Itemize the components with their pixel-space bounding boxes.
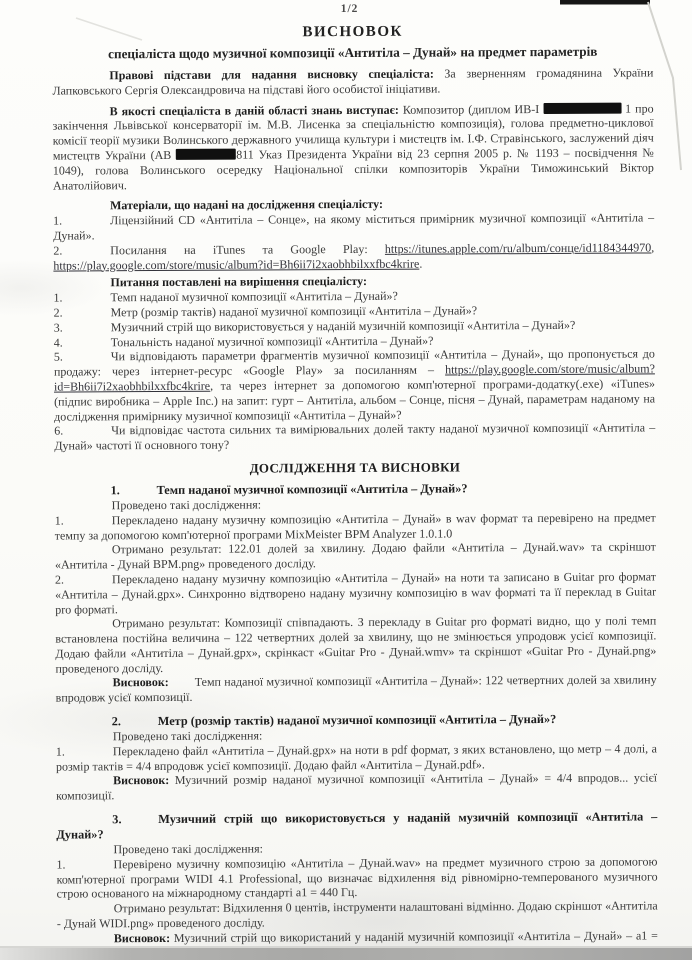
google-play-link: https://play.google.com/store/music/albu… (53, 256, 419, 272)
question-3-text: Музичний стрій що використовується у над… (111, 318, 576, 334)
question-1-text: Темп наданої музичної композиції «Антиті… (111, 289, 398, 305)
section-2-number: 2. (112, 714, 158, 729)
question-6-number: 6. (54, 424, 111, 439)
document-subtitle: спеціаліста щодо музичної композиції «Ан… (52, 43, 653, 62)
research-heading: ДОСЛІДЖЕННЯ ТА ВИСНОВКИ (54, 458, 655, 477)
section-2-step-1: 1.Перекладено файл «Антитіла – Дунай.gpx… (56, 741, 657, 774)
legal-basis-lead: Правові підстави для надання висновку сп… (109, 67, 434, 83)
materials-item-2-period: . (419, 256, 422, 270)
question-6-text: Чи відповідає частота сильних та вимірюв… (54, 421, 655, 453)
section-1-step-2-number: 2. (55, 572, 112, 587)
section-3-step-1: 1.Перевірено музичну композицію «Антитіл… (56, 854, 657, 902)
redaction-box-certificate-number (176, 149, 236, 160)
section-3-conclusion-lead: Висновок: (114, 931, 170, 945)
question-5-number: 5. (54, 350, 111, 365)
section-2-conclusion: Висновок: Музичний розмір наданої музичн… (56, 771, 657, 804)
materials-item-2-number: 2. (53, 243, 110, 258)
question-4-number: 4. (54, 335, 111, 350)
section-1-title-text: Темп наданої музичної композиції «Антиті… (157, 481, 468, 497)
specialist-paragraph: В якості спеціаліста в даній області зна… (53, 101, 654, 193)
section-1-step-1-number: 1. (55, 513, 112, 528)
materials-item-2-separator: , (651, 240, 654, 254)
itunes-link: https://itunes.apple.com/ru/album/сонце/… (385, 240, 651, 255)
specialist-lead: В якості спеціаліста в даній області зна… (110, 102, 399, 118)
question-4-text: Тональність наданої музичної композиції … (111, 333, 434, 349)
section-1-step-2-text: Перекладено надану музичну композицію «А… (55, 569, 656, 616)
question-3-number: 3. (54, 320, 111, 335)
section-1-conclusion-lead: Висновок: (113, 675, 169, 689)
materials-item-2-text: Посилання на iTunes та Google Play: (110, 242, 385, 257)
section-3-step-1-number: 1. (56, 857, 113, 872)
section-2-step-1-text: Перекладено файл «Антитіла – Дунай.gpx» … (56, 741, 657, 773)
question-3: 3.Музичний стрій що використовується у н… (54, 317, 655, 335)
section-3-result-1: Отримано результат: Відхилення 0 центів,… (57, 899, 658, 932)
section-2-title-text: Метр (розмір тактів) наданої музичної ко… (158, 712, 557, 728)
section-2-step-1-number: 1. (56, 744, 113, 759)
materials-item-1: 1.Ліцензійний CD «Антитіла – Сонце», на … (53, 211, 654, 244)
section-1-step-1: 1.Перекладено надану музичну композицію … (55, 510, 656, 543)
question-6: 6.Чи відповідає частота сильних та вимір… (54, 421, 655, 454)
section-3-title: 3.Музичний стрій що використовується у н… (56, 809, 657, 842)
redaction-box-diploma-number (543, 102, 621, 113)
document-content: 1/2 ВИСНОВОК спеціаліста щодо музичної к… (52, 1, 658, 960)
legal-basis-paragraph: Правові підстави для надання висновку сп… (52, 65, 653, 98)
question-2-number: 2. (54, 305, 111, 320)
section-1-conclusion: Висновок:Темп наданої музичної композиці… (56, 673, 657, 706)
section-1-step-2: 2.Перекладено надану музичну композицію … (55, 569, 656, 617)
section-1-result-2: Отримано результат: Композиції співпадаю… (55, 614, 656, 676)
question-5: 5.Чи відповідають параметри фрагментів м… (54, 347, 655, 424)
materials-item-2: 2.Посилання на iTunes та Google Play: ht… (53, 240, 654, 273)
scanned-document-page: 1/2 ВИСНОВОК спеціаліста щодо музичної к… (0, 0, 692, 960)
section-1-number: 1. (111, 483, 157, 498)
section-3-number: 3. (112, 812, 158, 827)
question-2-text: Метр (розмір тактів) наданої музичної ко… (111, 303, 477, 319)
section-2-conclusion-lead: Висновок: (113, 773, 169, 787)
section-1-step-1-text: Перекладено надану музичну композицію «А… (55, 510, 656, 542)
specialist-text-1: Композитор (диплом ИВ-І (403, 102, 539, 117)
scan-bottom-edge (0, 946, 692, 960)
section-3-step-1-text: Перевірено музичну композицію «Антитіла … (57, 854, 658, 901)
document-title: ВИСНОВОК (52, 22, 653, 42)
materials-item-1-text: Ліцензійний CD «Антитіла – Сонце», на як… (53, 211, 654, 243)
question-1-number: 1. (54, 290, 111, 305)
page-number: 1/2 (46, 1, 653, 16)
section-1-result-1: Отримано результат: 122.01 долей за хвил… (55, 540, 656, 573)
materials-item-1-number: 1. (53, 213, 110, 228)
